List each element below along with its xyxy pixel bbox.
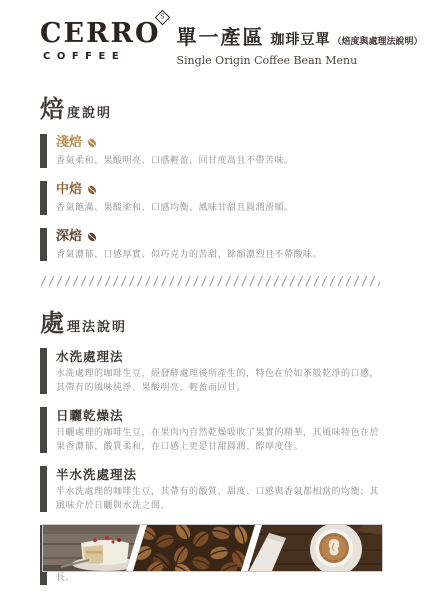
coffee-beans-photo <box>131 525 257 571</box>
roast-section: 焙 度說明 淺焙 香氣柔和、果酸明亮、口感輕盈、回甘度高且不帶苦味。 中焙 <box>40 89 384 261</box>
brand-subname: COFFEE <box>40 51 160 62</box>
process-label: 水洗處理法 <box>56 349 384 364</box>
process-description: 半水洗處理的咖啡生豆，其帶有的酸質、甜度、口感與香氣都相當的均衡；其風味介於日曬… <box>56 485 384 512</box>
brand-logo: CERRO S COFFEE <box>40 12 160 62</box>
page-title-block: 單一產區 珈琲豆單 （焙度與處理法說明） Single Origin Coffe… <box>176 12 422 67</box>
latte-photo <box>246 525 382 571</box>
roast-item-light: 淺焙 香氣柔和、果酸明亮、口感輕盈、回甘度高且不帶苦味。 <box>40 134 384 168</box>
page-title: 單一產區 <box>176 21 264 50</box>
coffee-bean-icon <box>86 137 98 149</box>
footer-photo-strip <box>42 524 383 572</box>
process-label: 日曬乾燥法 <box>56 408 384 423</box>
process-description: 日曬處理的咖啡生豆，在果肉內自然乾燥吸收了果實的精華，其風味特色在於果香濃郁、酸… <box>56 426 384 453</box>
page-title-secondary: 珈琲豆單 <box>270 29 330 49</box>
brand-name: CERRO <box>40 20 160 47</box>
item-accent-bar <box>40 407 47 453</box>
item-accent-bar <box>40 228 47 262</box>
process-label: 半水洗處理法 <box>56 467 384 482</box>
process-item-natural: 日曬乾燥法 日曬處理的咖啡生豆，在果肉內自然乾燥吸收了果實的精華，其風味特色在於… <box>40 407 384 453</box>
process-description: 水洗處理的咖啡生豆，經發酵處理後所產生的，特色在於如茶般乾淨的口感，其帶有的風味… <box>56 367 384 394</box>
page-title-note: （焙度與處理法說明） <box>332 34 422 47</box>
coffee-bean-icon <box>86 184 98 196</box>
item-accent-bar <box>40 348 47 394</box>
header: CERRO S COFFEE 單一產區 珈琲豆單 （焙度與處理法說明） Sing… <box>40 12 384 67</box>
roast-label: 中焙 <box>56 182 82 198</box>
menu-page: CERRO S COFFEE 單一產區 珈琲豆單 （焙度與處理法說明） Sing… <box>0 0 424 600</box>
roast-label: 深焙 <box>56 229 82 245</box>
roast-label: 淺焙 <box>56 135 82 151</box>
roast-item-medium: 中焙 香氣飽滿、果酸柔和、口感均衡、風味甘甜且圓潤滑順。 <box>40 181 384 215</box>
process-item-washed: 水洗處理法 水洗處理的咖啡生豆，經發酵處理後所產生的，特色在於如茶般乾淨的口感，… <box>40 348 384 394</box>
coffee-bean-icon <box>86 231 98 243</box>
item-accent-bar <box>40 466 47 512</box>
roast-section-heading: 焙 度說明 <box>40 89 384 124</box>
roast-description: 香氣飽滿、果酸柔和、口感均衡、風味甘甜且圓潤滑順。 <box>56 201 294 215</box>
cake-photo <box>43 525 143 571</box>
roast-item-dark: 深焙 香氣濃郁、口感厚實、似巧克力的苦甜、餘韻濃烈且不帶酸味。 <box>40 228 384 262</box>
roast-description: 香氣濃郁、口感厚實、似巧克力的苦甜、餘韻濃烈且不帶酸味。 <box>56 248 322 262</box>
roast-description: 香氣柔和、果酸明亮、口感輕盈、回甘度高且不帶苦味。 <box>56 154 294 168</box>
item-accent-bar <box>40 134 47 168</box>
process-item-semi-washed: 半水洗處理法 半水洗處理的咖啡生豆，其帶有的酸質、甜度、口感與香氣都相當的均衡；… <box>40 466 384 512</box>
slash-divider: ////////////////////////////////////////… <box>40 275 380 287</box>
page-subtitle-english: Single Origin Coffee Bean Menu <box>176 54 422 67</box>
process-section-heading: 處 理法說明 <box>40 303 384 338</box>
item-accent-bar <box>40 181 47 215</box>
